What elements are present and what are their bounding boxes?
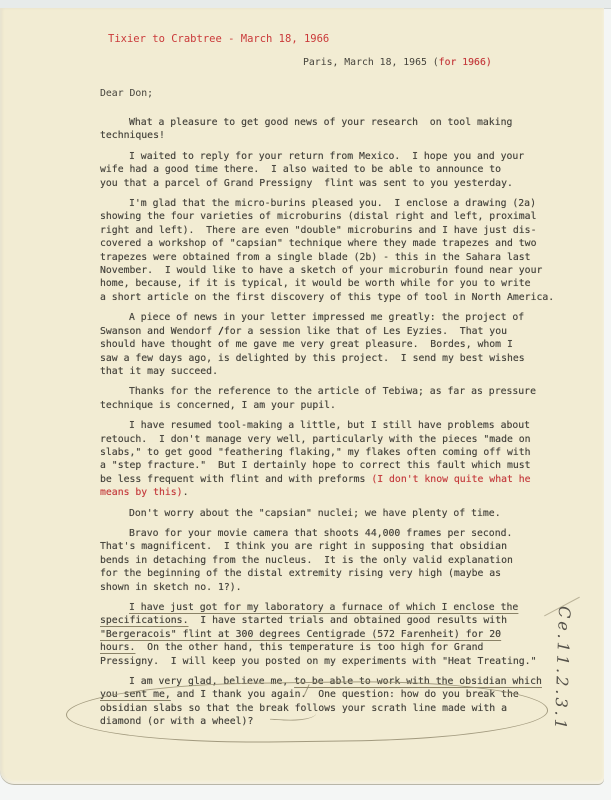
dateline: Paris, March 18, 1965 (for 1966) <box>303 57 492 68</box>
text-segment: "Bergeracois" flint at 300 degrees Centi… <box>100 629 501 640</box>
text-segment: for 1966) <box>439 57 492 68</box>
letter-paragraph: I waited to reply for your return from M… <box>100 150 580 190</box>
text-segment: I'm glad that the micro-burins pleased y… <box>100 198 554 303</box>
letter-body: What a pleasure to get good news of your… <box>100 116 580 736</box>
text-segment: Paris, March 18, 1965 ( <box>303 57 439 68</box>
text-segment: I have started trials and obtained good … <box>188 615 507 626</box>
archival-title: Tixier to Crabtree - March 18, 1966 <box>108 33 329 45</box>
salutation: Dear Don; <box>100 88 153 99</box>
letter-paragraph: Thanks for the reference to the article … <box>100 385 580 412</box>
letter-paragraph: I'm glad that the micro-burins pleased y… <box>100 197 580 304</box>
text-segment: I have just got for my laboratory a furn… <box>129 602 518 613</box>
text-segment: I waited to reply for your return from M… <box>100 151 524 189</box>
text-segment: What a pleasure to get good news of your… <box>100 117 512 141</box>
text-segment: hours. <box>100 642 135 653</box>
text-segment: . <box>183 487 189 498</box>
text-segment: Don't worry about the "capsian" nuclei; … <box>129 508 501 519</box>
text-segment: Thanks for the reference to the article … <box>100 386 536 410</box>
letter-paragraph: Don't worry about the "capsian" nuclei; … <box>100 507 580 520</box>
letter-paragraph: What a pleasure to get good news of your… <box>100 116 580 143</box>
text-segment: On the other hand, this temperature is t… <box>100 642 536 666</box>
text-segment: specifications. <box>100 615 188 626</box>
letter-paragraph: I have resumed tool-making a little, but… <box>100 419 580 499</box>
letter-paragraph: I have just got for my laboratory a furn… <box>100 601 580 668</box>
letter-paragraph: Bravo for your movie camera that shoots … <box>100 527 580 594</box>
scanned-letter-page: Tixier to Crabtree - March 18, 1966 Pari… <box>0 0 611 800</box>
text-segment: Bravo for your movie camera that shoots … <box>100 528 513 593</box>
letter-paragraph: A piece of news in your letter impressed… <box>100 311 580 378</box>
